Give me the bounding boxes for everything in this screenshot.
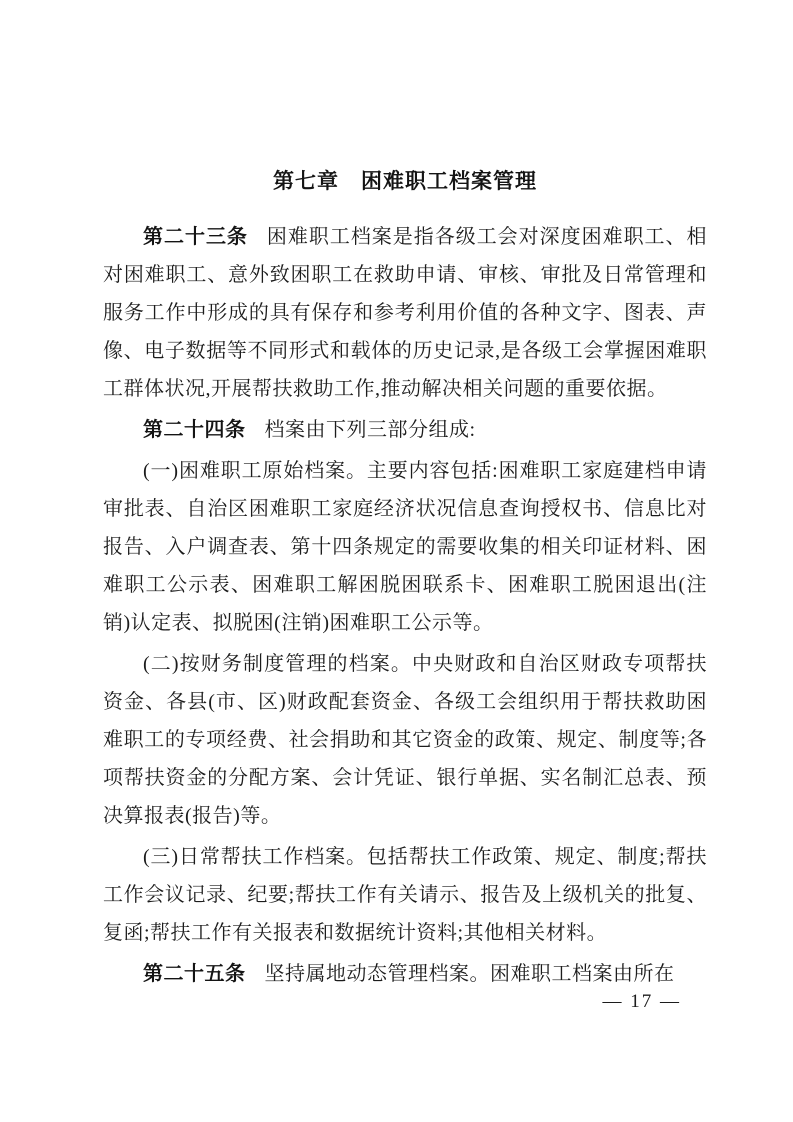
item-1-text: (一)困难职工原始档案。主要内容包括:困难职工家庭建档申请审批表、自治区困难职工… [103,460,707,634]
paragraph-article-25: 第二十五条坚持属地动态管理档案。困难职工档案由所在 [103,955,707,993]
paragraph-item-1: (一)困难职工原始档案。主要内容包括:困难职工家庭建档申请审批表、自治区困难职工… [103,452,707,642]
item-3-text: (三)日常帮扶工作档案。包括帮扶工作政策、规定、制度;帮扶工作会议记录、纪要;帮… [103,846,707,944]
paragraph-item-2: (二)按财务制度管理的档案。中央财政和自治区财政专项帮扶资金、各县(市、区)财政… [103,645,707,835]
paragraph-article-24: 第二十四条档案由下列三部分组成: [103,411,707,449]
paragraph-article-23: 第二十三条困难职工档案是指各级工会对深度困难职工、相对困难职工、意外致困职工在救… [103,218,707,408]
item-2-text: (二)按财务制度管理的档案。中央财政和自治区财政专项帮扶资金、各县(市、区)财政… [103,653,707,827]
article-24-number: 第二十四条 [143,419,246,441]
article-23-text: 困难职工档案是指各级工会对深度困难职工、相对困难职工、意外致困职工在救助申请、审… [103,226,707,400]
article-25-text: 坚持属地动态管理档案。困难职工档案由所在 [265,963,675,985]
chapter-title: 第七章 困难职工档案管理 [103,167,707,197]
article-25-number: 第二十五条 [143,963,246,985]
paragraph-item-3: (三)日常帮扶工作档案。包括帮扶工作政策、规定、制度;帮扶工作会议记录、纪要;帮… [103,838,707,952]
document-body: 第七章 困难职工档案管理 第二十三条困难职工档案是指各级工会对深度困难职工、相对… [103,167,707,996]
article-23-number: 第二十三条 [143,226,248,248]
page-number: — 17 — [603,991,682,1013]
article-24-text: 档案由下列三部分组成: [265,419,476,441]
document-page: 第七章 困难职工档案管理 第二十三条困难职工档案是指各级工会对深度困难职工、相对… [0,0,793,1122]
